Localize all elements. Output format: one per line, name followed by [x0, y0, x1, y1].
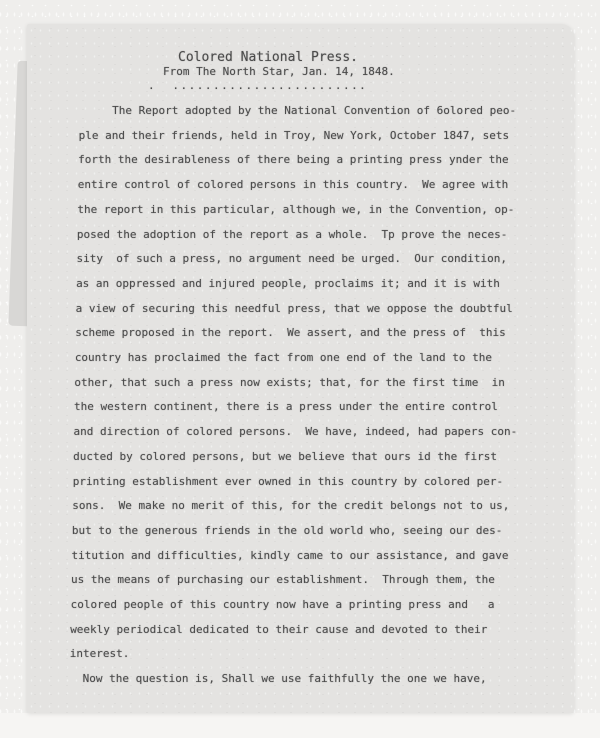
- text-line: colored people of this country now have …: [71, 593, 548, 618]
- text-line: The Report adopted by the National Conve…: [79, 99, 548, 124]
- text-line: but to the generous friends in the old w…: [72, 519, 548, 544]
- text-line: Now the question is, Shall we use faithf…: [69, 667, 548, 692]
- text-line: titution and difficulties, kindly came t…: [71, 544, 548, 569]
- text-line: posed the adoption of the report as a wh…: [77, 223, 548, 248]
- text-line: the western continent, there is a press …: [74, 395, 548, 420]
- document-body: The Report adopted by the National Conve…: [79, 99, 548, 692]
- text-line: a view of securing this needful press, t…: [76, 297, 548, 322]
- page-bottom-gap: [0, 713, 600, 738]
- scanned-page: Colored National Press. From The North S…: [27, 24, 574, 713]
- text-line: us the means of purchasing our establish…: [71, 568, 548, 593]
- text-line: ple and their friends, held in Troy, New…: [79, 124, 548, 149]
- text-line: as an oppressed and injured people, proc…: [76, 272, 548, 297]
- text-line: entire control of colored persons in thi…: [78, 173, 548, 198]
- text-line: other, that such a press now exists; tha…: [74, 371, 548, 396]
- text-line: and direction of colored persons. We hav…: [74, 420, 548, 445]
- text-line: ducted by colored persons, but we believ…: [73, 445, 548, 470]
- separator-dots: . ........................: [148, 79, 548, 92]
- text-line: country has proclaimed the fact from one…: [75, 346, 548, 371]
- text-line: sons. We make no merit of this, for the …: [72, 494, 548, 519]
- text-line: sity of such a press, no argument need b…: [76, 247, 548, 272]
- typewritten-content: Colored National Press. From The North S…: [27, 24, 574, 692]
- text-line: forth the desirableness of there being a…: [78, 148, 548, 173]
- document-title: Colored National Press.: [178, 50, 548, 65]
- document-source-line: From The North Star, Jan. 14, 1848.: [163, 65, 548, 79]
- text-line: weekly periodical dedicated to their cau…: [70, 618, 548, 643]
- text-line: interest.: [70, 642, 548, 667]
- text-line: the report in this particular, although …: [77, 198, 548, 223]
- text-line: printing establishment ever owned in thi…: [73, 470, 548, 495]
- text-line: scheme proposed in the report. We assert…: [75, 321, 548, 346]
